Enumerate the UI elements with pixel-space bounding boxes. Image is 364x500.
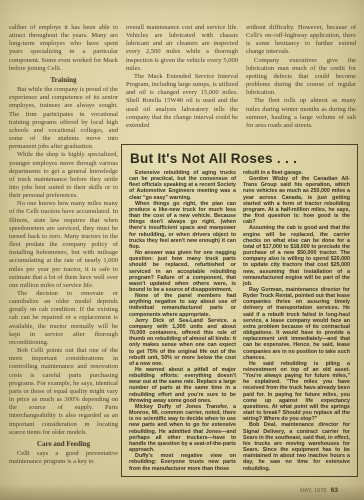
paragraph: caliber of employe it has been able to a… [9, 24, 118, 73]
sidebar-columns: Extensive rebuilding of aging trucks can… [129, 170, 350, 472]
paragraph: Gordon Wisby of the Canadian All-Trans G… [243, 176, 350, 225]
paragraph: Assuming the cab is good and that the en… [243, 225, 350, 287]
roses-sidebar-box: But It's Not All Roses . . . Extensive r… [121, 144, 358, 477]
article-column-left: caliber of employe it has been able to a… [9, 24, 118, 466]
paragraph: When things go right, the plan can produ… [129, 201, 236, 250]
paragraph: The decision to renovate or cannibalize … [9, 290, 118, 347]
sidebar-column-left: Extensive rebuilding of aging trucks can… [129, 170, 236, 472]
paragraph: No one knows how many miles many of the … [9, 200, 118, 290]
sidebar-column-right: rebuilt in a fleet garage. Gordon Wisby … [243, 170, 350, 472]
page-number: 63 [331, 487, 338, 494]
sidebar-title: But It's Not All Roses . . . [130, 151, 350, 166]
page-footer: MAY, 1978 63 [300, 487, 338, 494]
paragraph: Mickey Duffy of Jones Transfer, a Monroe… [129, 404, 236, 453]
article-column-middle: overall maintenance cost and service lif… [126, 24, 238, 130]
paragraph: Company executives give the lubrication … [246, 57, 356, 98]
issue-date: MAY, 1978 [300, 488, 326, 494]
article-column-right: without difficulty. However, because of … [246, 24, 356, 130]
paragraph: The fleet rolls up almost as many miles … [246, 97, 356, 130]
paragraph: He said rebuilding is piling a reinvestm… [243, 361, 350, 423]
paragraph: Celli says a good preventative maintenan… [9, 450, 118, 466]
paragraph: While the shop is highly specialized, yo… [9, 151, 118, 200]
paragraph: Extensive rebuilding of aging trucks can… [129, 170, 236, 201]
paragraph: Jerry Dick of Sea-Land Service, a compan… [129, 318, 236, 367]
magazine-page: caliber of employe it has been able to a… [0, 0, 364, 500]
paragraph: Bob Deal, maintenance director for Signa… [243, 422, 350, 471]
paragraph: without difficulty. However, because of … [246, 24, 356, 57]
paragraph: Ray Gorman, maintenance director for Ryd… [243, 287, 350, 361]
paragraph: None of the panel members had anything n… [129, 293, 236, 318]
paragraph: Bob Celli points out that one of the mor… [9, 347, 118, 437]
paragraph: Duffy's most negative view on rebuilding… [129, 453, 236, 471]
paragraph: overall maintenance cost and service lif… [126, 24, 238, 73]
paragraph: The Mack Extended Service Interval Progr… [126, 73, 238, 130]
section-heading-care-and-feeding: Care and Feeding [9, 440, 118, 448]
paragraph: No answer was given for one nagging ques… [129, 250, 236, 293]
paragraph: He warned about a pitfall of major rebui… [129, 367, 236, 404]
paragraph: But while the company is proud of the ex… [9, 86, 118, 151]
section-heading-training: Training [9, 76, 118, 84]
